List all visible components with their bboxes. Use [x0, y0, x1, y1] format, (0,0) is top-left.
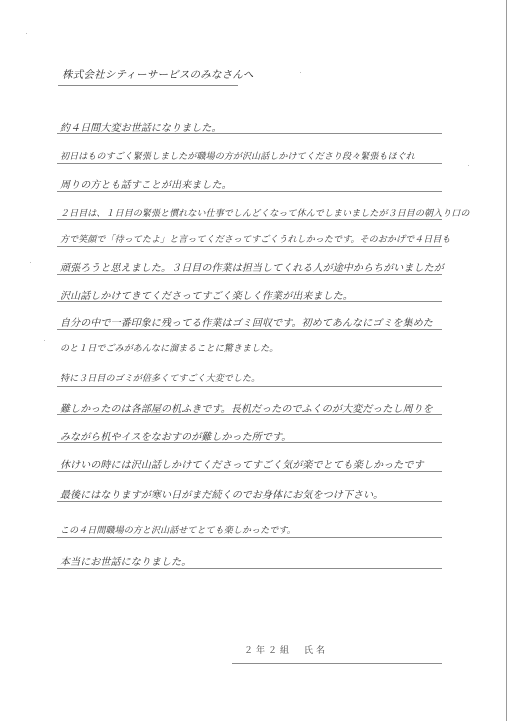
letter-line: 周りの方とも話すことが出来ました。: [60, 176, 232, 191]
scan-speck: [26, 33, 27, 34]
ruled-line: [57, 273, 442, 275]
scan-speck: [44, 340, 45, 341]
ruled-line: [57, 413, 442, 415]
scan-speck: [300, 72, 301, 73]
ruled-line: [57, 536, 442, 538]
letter-line: この４日間職場の方と沢山話せてとても楽しかったです。: [60, 523, 296, 536]
letter-line: のと１日でごみがあんなに溜まることに驚きました。: [60, 341, 278, 354]
letter-line: 方で笑顔で「待ってたよ」と言ってくださってすごくうれしかったです。そのおかげで４…: [60, 232, 451, 245]
ruled-line: [57, 162, 442, 164]
letter-line: 本当にお世話になりました。: [60, 553, 191, 568]
letter-line: 休けいの時には沢山話しかけてくださってすごく気が楽でとても楽しかったです: [60, 456, 424, 471]
letter-line: 最後にはなりますが寒い日がまだ続くのでお身体にお気をつけ下さい。: [60, 486, 383, 501]
ruled-line: [57, 385, 442, 387]
ruled-line: [57, 245, 442, 247]
scan-speck: [468, 165, 469, 166]
page-edge: [506, 0, 507, 721]
ruled-line: [57, 218, 442, 220]
signature-line: [232, 662, 442, 664]
class-and-name-label: ２年２組 氏名: [244, 643, 328, 656]
ruled-line: [57, 132, 442, 134]
ruled-line: [57, 470, 442, 472]
ruled-line: [57, 300, 442, 302]
addressee: 株式会社シティーサービスのみなさんへ: [58, 67, 238, 86]
letter-line: 初日はものすごく緊張しましたが職場の方が沢山話しかけてくださり段々緊張もほぐれ: [60, 149, 415, 162]
ruled-line: [57, 500, 442, 502]
scan-speck: [30, 262, 31, 263]
ruled-line: [57, 567, 442, 569]
ruled-line: [57, 441, 442, 443]
ruled-line: [57, 328, 442, 330]
letter-line: 特に３日目のゴミが倍多くてすごく大変でした。: [60, 371, 260, 384]
letter-line: 自分の中で一番印象に残ってる作業はゴミ回収です。初めてあんなにゴミを集めた: [60, 314, 433, 329]
ruled-line: [57, 190, 442, 192]
letter-line: 頑張ろうと思えました。３日目の作業は担当してくれる人が途中からちがいましたが: [60, 259, 444, 274]
